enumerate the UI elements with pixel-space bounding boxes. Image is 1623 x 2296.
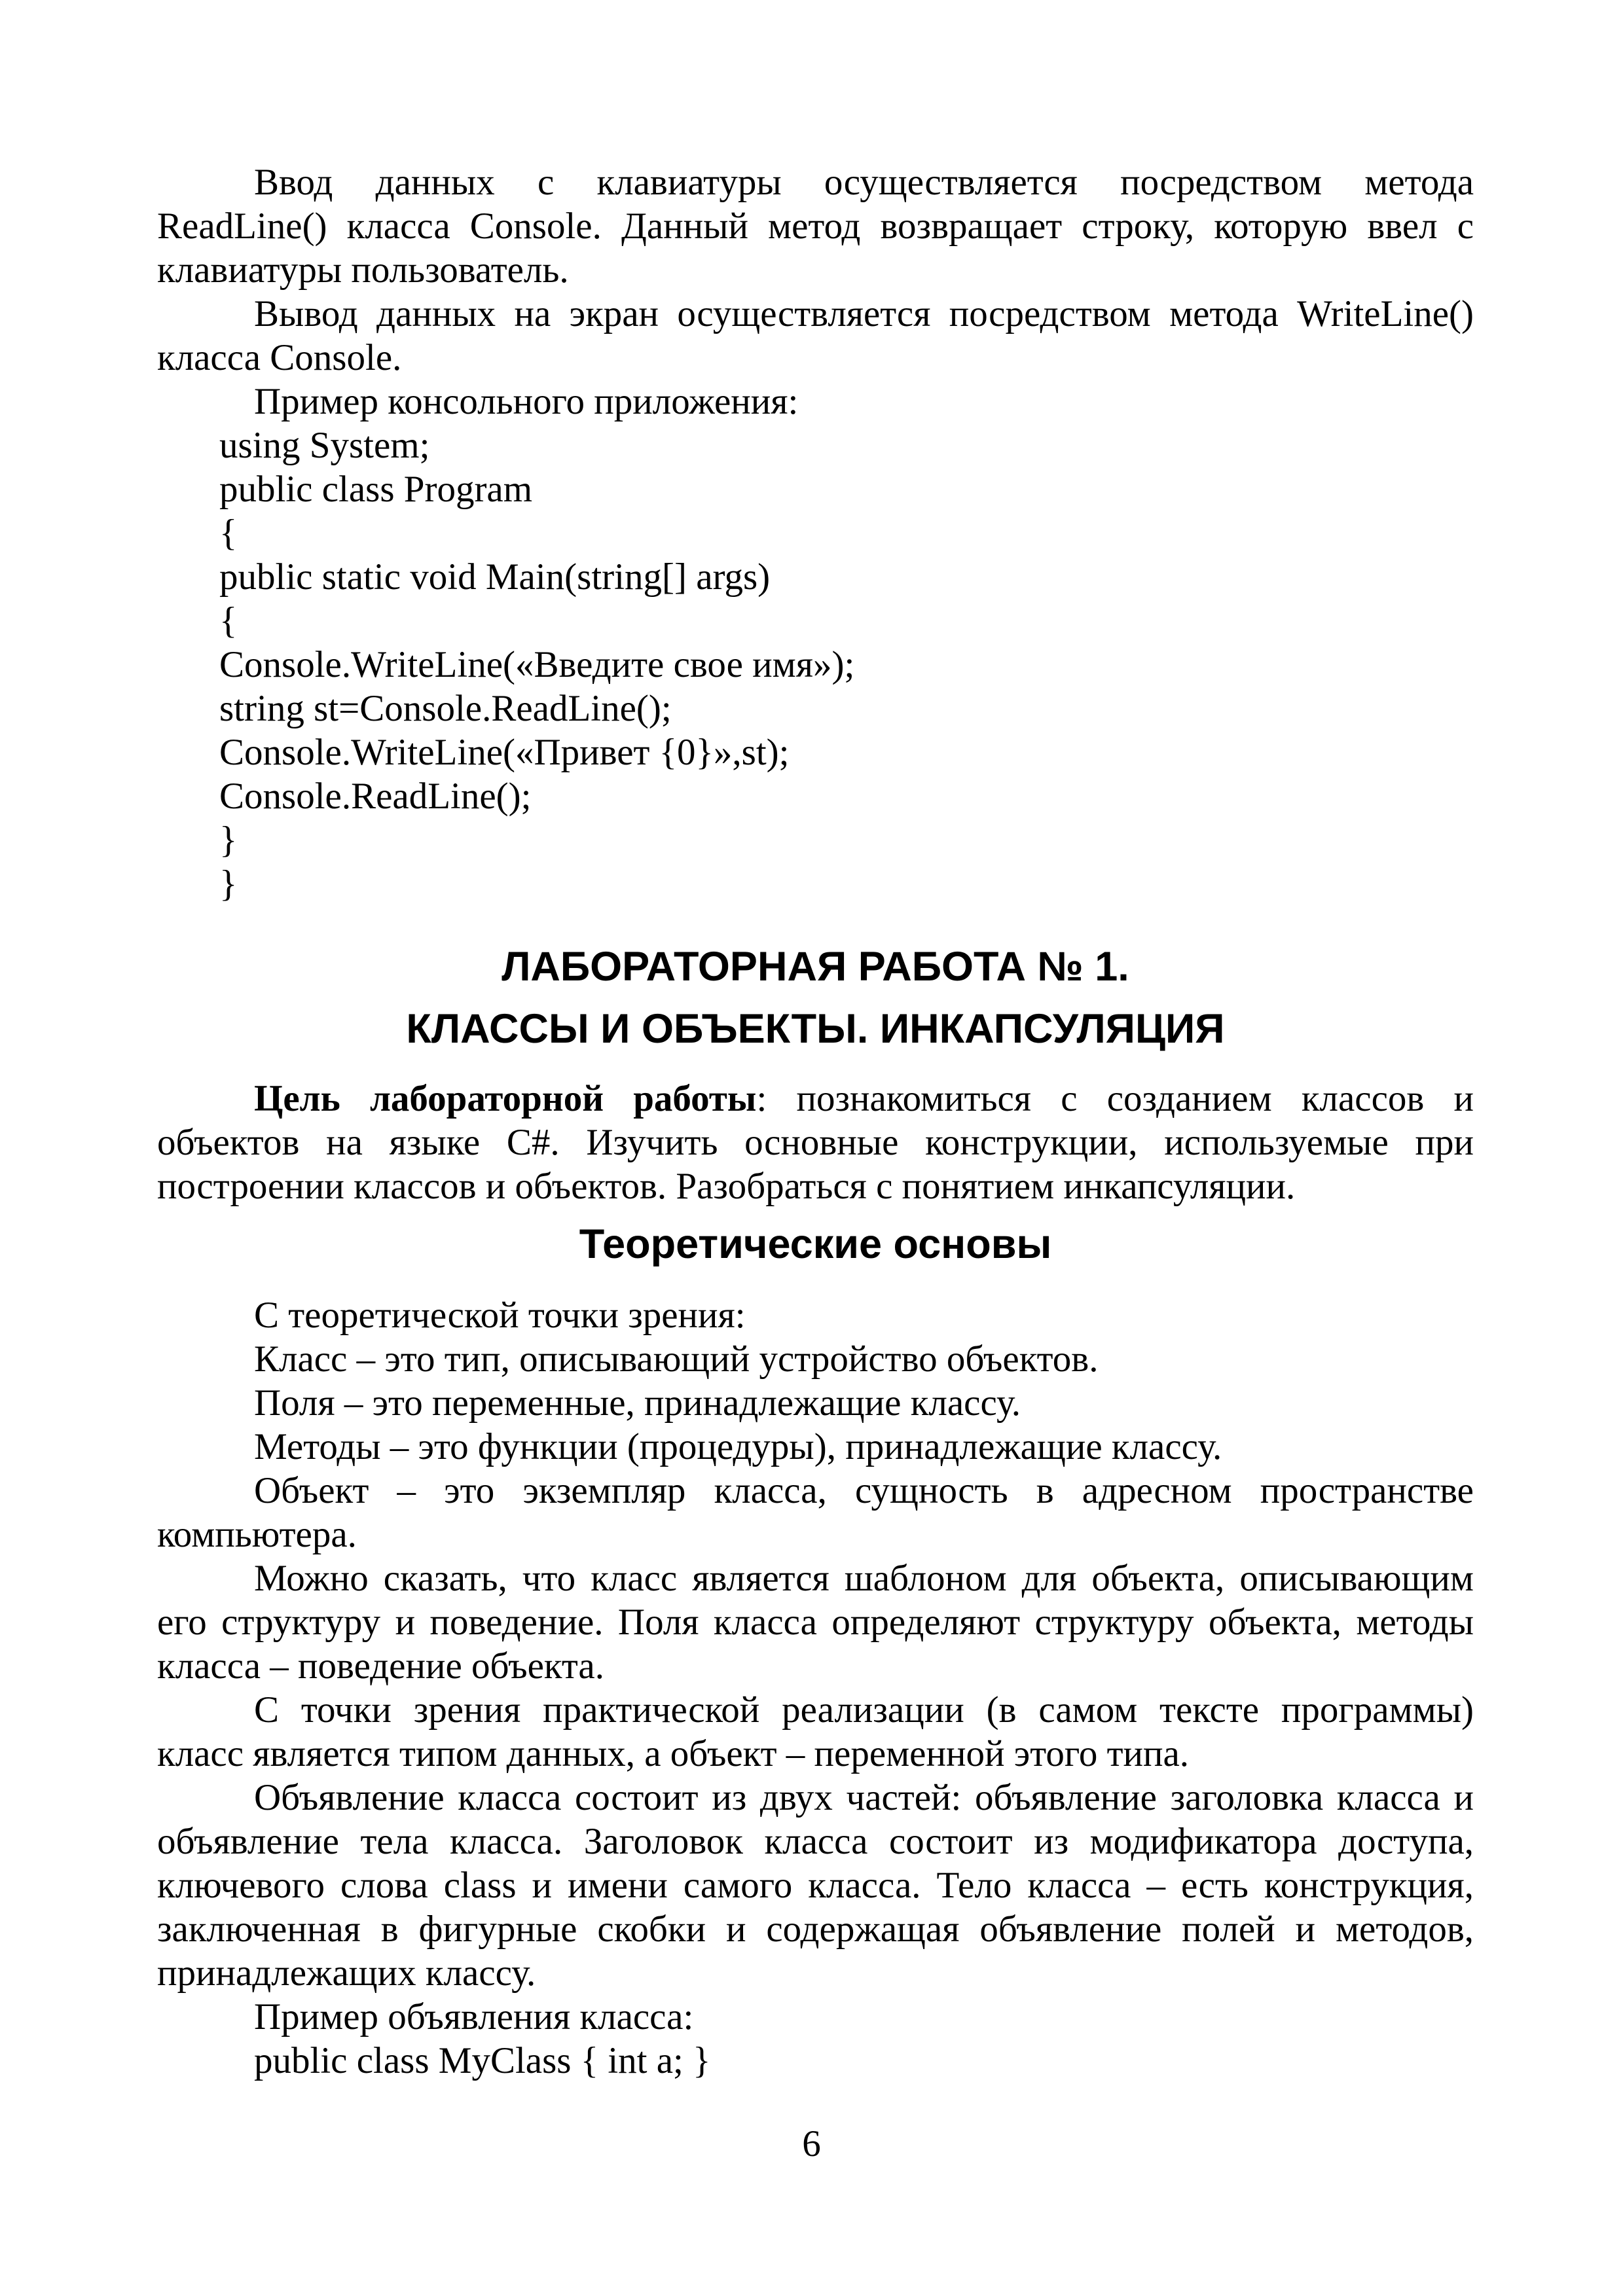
text-line: построении классов и объектов. Разобрать… [157, 1164, 1474, 1208]
text-line: Объект – это экземпляр класса, сущность … [157, 1469, 1474, 1513]
code-line: Console.WriteLine(«Введите свое имя»); [219, 643, 1474, 687]
text-line: Цель лабораторной работы: познакомиться … [157, 1077, 1474, 1121]
code-line: public class MyClass { int a; } [157, 2039, 1474, 2083]
code-line: } [219, 862, 1474, 906]
text-line: С теоретической точки зрения: [157, 1293, 1474, 1337]
text-line: С точки зрения практической реализации (… [157, 1688, 1474, 1732]
text-line: клавиатуры пользователь. [157, 248, 1474, 292]
text-line: Поля – это переменные, принадлежащие кла… [157, 1381, 1474, 1425]
text-line: ключевого слова class и имени самого кла… [157, 1863, 1474, 1907]
text-line: класс является типом данных, а объект – … [157, 1732, 1474, 1776]
theory-paragraph-class-def: Класс – это тип, описывающий устройство … [157, 1337, 1474, 1381]
page-number: 6 [0, 2122, 1623, 2166]
theory-paragraph-declaration: Объявление класса состоит из двух частей… [157, 1776, 1474, 1995]
intro-paragraph-readline: Ввод данных с клавиатуры осуществляется … [157, 160, 1474, 292]
text-line: его структуру и поведение. Поля класса о… [157, 1600, 1474, 1644]
text-line: Ввод данных с клавиатуры осуществляется … [157, 160, 1474, 204]
text-line: Пример консольного приложения: [157, 380, 1474, 423]
text-line: заключенная в фигурные скобки и содержащ… [157, 1907, 1474, 1951]
code-block-console-app: using System;public class Program{public… [219, 423, 1474, 906]
theory-paragraph-object-def: Объект – это экземпляр класса, сущность … [157, 1469, 1474, 1556]
code-line: Console.ReadLine(); [219, 774, 1474, 818]
code-line: using System; [219, 423, 1474, 467]
text-line: Вывод данных на экран осуществляется пос… [157, 292, 1474, 336]
text-line: объектов на языке C#. Изучить основные к… [157, 1121, 1474, 1164]
text-line: Методы – это функции (процедуры), принад… [157, 1425, 1474, 1469]
text-line: ReadLine() класса Console. Данный метод … [157, 204, 1474, 248]
code-line: string st=Console.ReadLine(); [219, 687, 1474, 730]
code-line: Console.WriteLine(«Привет {0}»,st); [219, 730, 1474, 774]
theory-paragraph-template: Можно сказать, что класс является шаблон… [157, 1556, 1474, 1688]
code-line: { [219, 599, 1474, 643]
code-line: public class Program [219, 467, 1474, 511]
text-line: Класс – это тип, описывающий устройство … [157, 1337, 1474, 1381]
page-content: Ввод данных с клавиатуры осуществляется … [157, 0, 1474, 2083]
text-line: Пример объявления класса: [157, 1995, 1474, 2039]
class-example-label: Пример объявления класса: [157, 1995, 1474, 2039]
theory-paragraph-fields-def: Поля – это переменные, принадлежащие кла… [157, 1381, 1474, 1425]
text-line: Объявление класса состоит из двух частей… [157, 1776, 1474, 1820]
goal-paragraph: Цель лабораторной работы: познакомиться … [157, 1077, 1474, 1208]
text-line: класса – поведение объекта. [157, 1644, 1474, 1688]
text-line: объявление тела класса. Заголовок класса… [157, 1820, 1474, 1863]
theory-paragraph-methods-def: Методы – это функции (процедуры), принад… [157, 1425, 1474, 1469]
text-line: Можно сказать, что класс является шаблон… [157, 1556, 1474, 1600]
goal-line1-rest: : познакомиться с созданием классов и [756, 1078, 1474, 1119]
console-example-label: Пример консольного приложения: [157, 380, 1474, 423]
text-line: класса Console. [157, 336, 1474, 380]
lab-title-line-1: ЛАБОРАТОРНАЯ РАБОТА № 1. [157, 936, 1474, 998]
document-page: Ввод данных с клавиатуры осуществляется … [0, 0, 1623, 2296]
theory-paragraph-practical: С точки зрения практической реализации (… [157, 1688, 1474, 1776]
code-line: } [219, 818, 1474, 862]
code-line: public static void Main(string[] args) [219, 555, 1474, 599]
intro-paragraph-writeline: Вывод данных на экран осуществляется пос… [157, 292, 1474, 380]
code-line: { [219, 511, 1474, 555]
theory-paragraph-intro: С теоретической точки зрения: [157, 1293, 1474, 1337]
lab-title: ЛАБОРАТОРНАЯ РАБОТА № 1. КЛАССЫ И ОБЪЕКТ… [157, 936, 1474, 1060]
text-line: принадлежащих классу. [157, 1951, 1474, 1995]
goal-lead-bold: Цель лабораторной работы [254, 1078, 756, 1119]
lab-title-line-2: КЛАССЫ И ОБЪЕКТЫ. ИНКАПСУЛЯЦИЯ [157, 998, 1474, 1060]
theory-heading: Теоретические основы [157, 1221, 1474, 1267]
text-line: компьютера. [157, 1513, 1474, 1556]
class-example-code: public class MyClass { int a; } [157, 2039, 1474, 2083]
